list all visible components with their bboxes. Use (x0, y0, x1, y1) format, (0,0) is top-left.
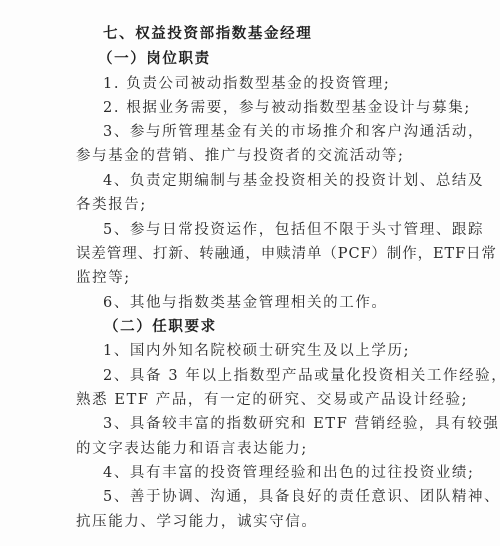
duty-line: 2. 根据业务需要，参与被动指数型基金设计与募集; (103, 98, 471, 118)
duty-line: 监控等; (76, 268, 131, 288)
requirement-line: 熟悉 ETF 产品，有一定的研究、交易或产品设计经验; (76, 390, 468, 410)
duty-line: 5、参与日常投资运作，包括但不限于头寸管理、跟踪 (103, 220, 484, 240)
duty-line: 误差管理、打新、转融通，申赎清单（PCF）制作，ETF日常 (76, 244, 497, 264)
requirement-line: 抗压能力、学习能力，诚实守信。 (76, 512, 318, 532)
duty-line: 6、其他与指数类基金管理相关的工作。 (103, 293, 388, 313)
duty-line: 各类报告; (76, 195, 147, 215)
document-page: 七、权益投资部指数基金经理 （一）岗位职责 1. 负责公司被动指数型基金的投资管… (0, 0, 500, 546)
requirement-line: 4、具有丰富的投资管理经验和出色的过往投资业绩; (103, 463, 475, 483)
requirement-line: 3、具备较丰富的指数研究和 ETF 营销经验，具有较强 (103, 414, 499, 434)
requirement-line: 的文字表达能力和语言表达能力; (76, 439, 308, 459)
document-title: 七、权益投资部指数基金经理 (103, 24, 312, 44)
duty-line: 4、负责定期编制与基金投资相关的投资计划、总结及 (103, 171, 484, 191)
section-heading-duties: （一）岗位职责 (98, 49, 211, 69)
requirement-line: 2、具备 3 年以上指数型产品或量化投资相关工作经验， (103, 366, 500, 386)
requirement-line: 1、国内外知名院校硕士研究生及以上学历; (103, 341, 410, 361)
duty-line: 3、参与所管理基金有关的市场推介和客户沟通活动， (103, 122, 484, 142)
section-heading-requirements: （二）任职要求 (104, 317, 217, 337)
requirement-line: 5、善于协调、沟通，具备良好的责任意识、团队精神、 (103, 487, 500, 507)
duty-line: 1. 负责公司被动指数型基金的投资管理; (103, 74, 390, 94)
duty-line: 参与基金的营销、推广与投资者的交流活动等; (76, 146, 404, 166)
